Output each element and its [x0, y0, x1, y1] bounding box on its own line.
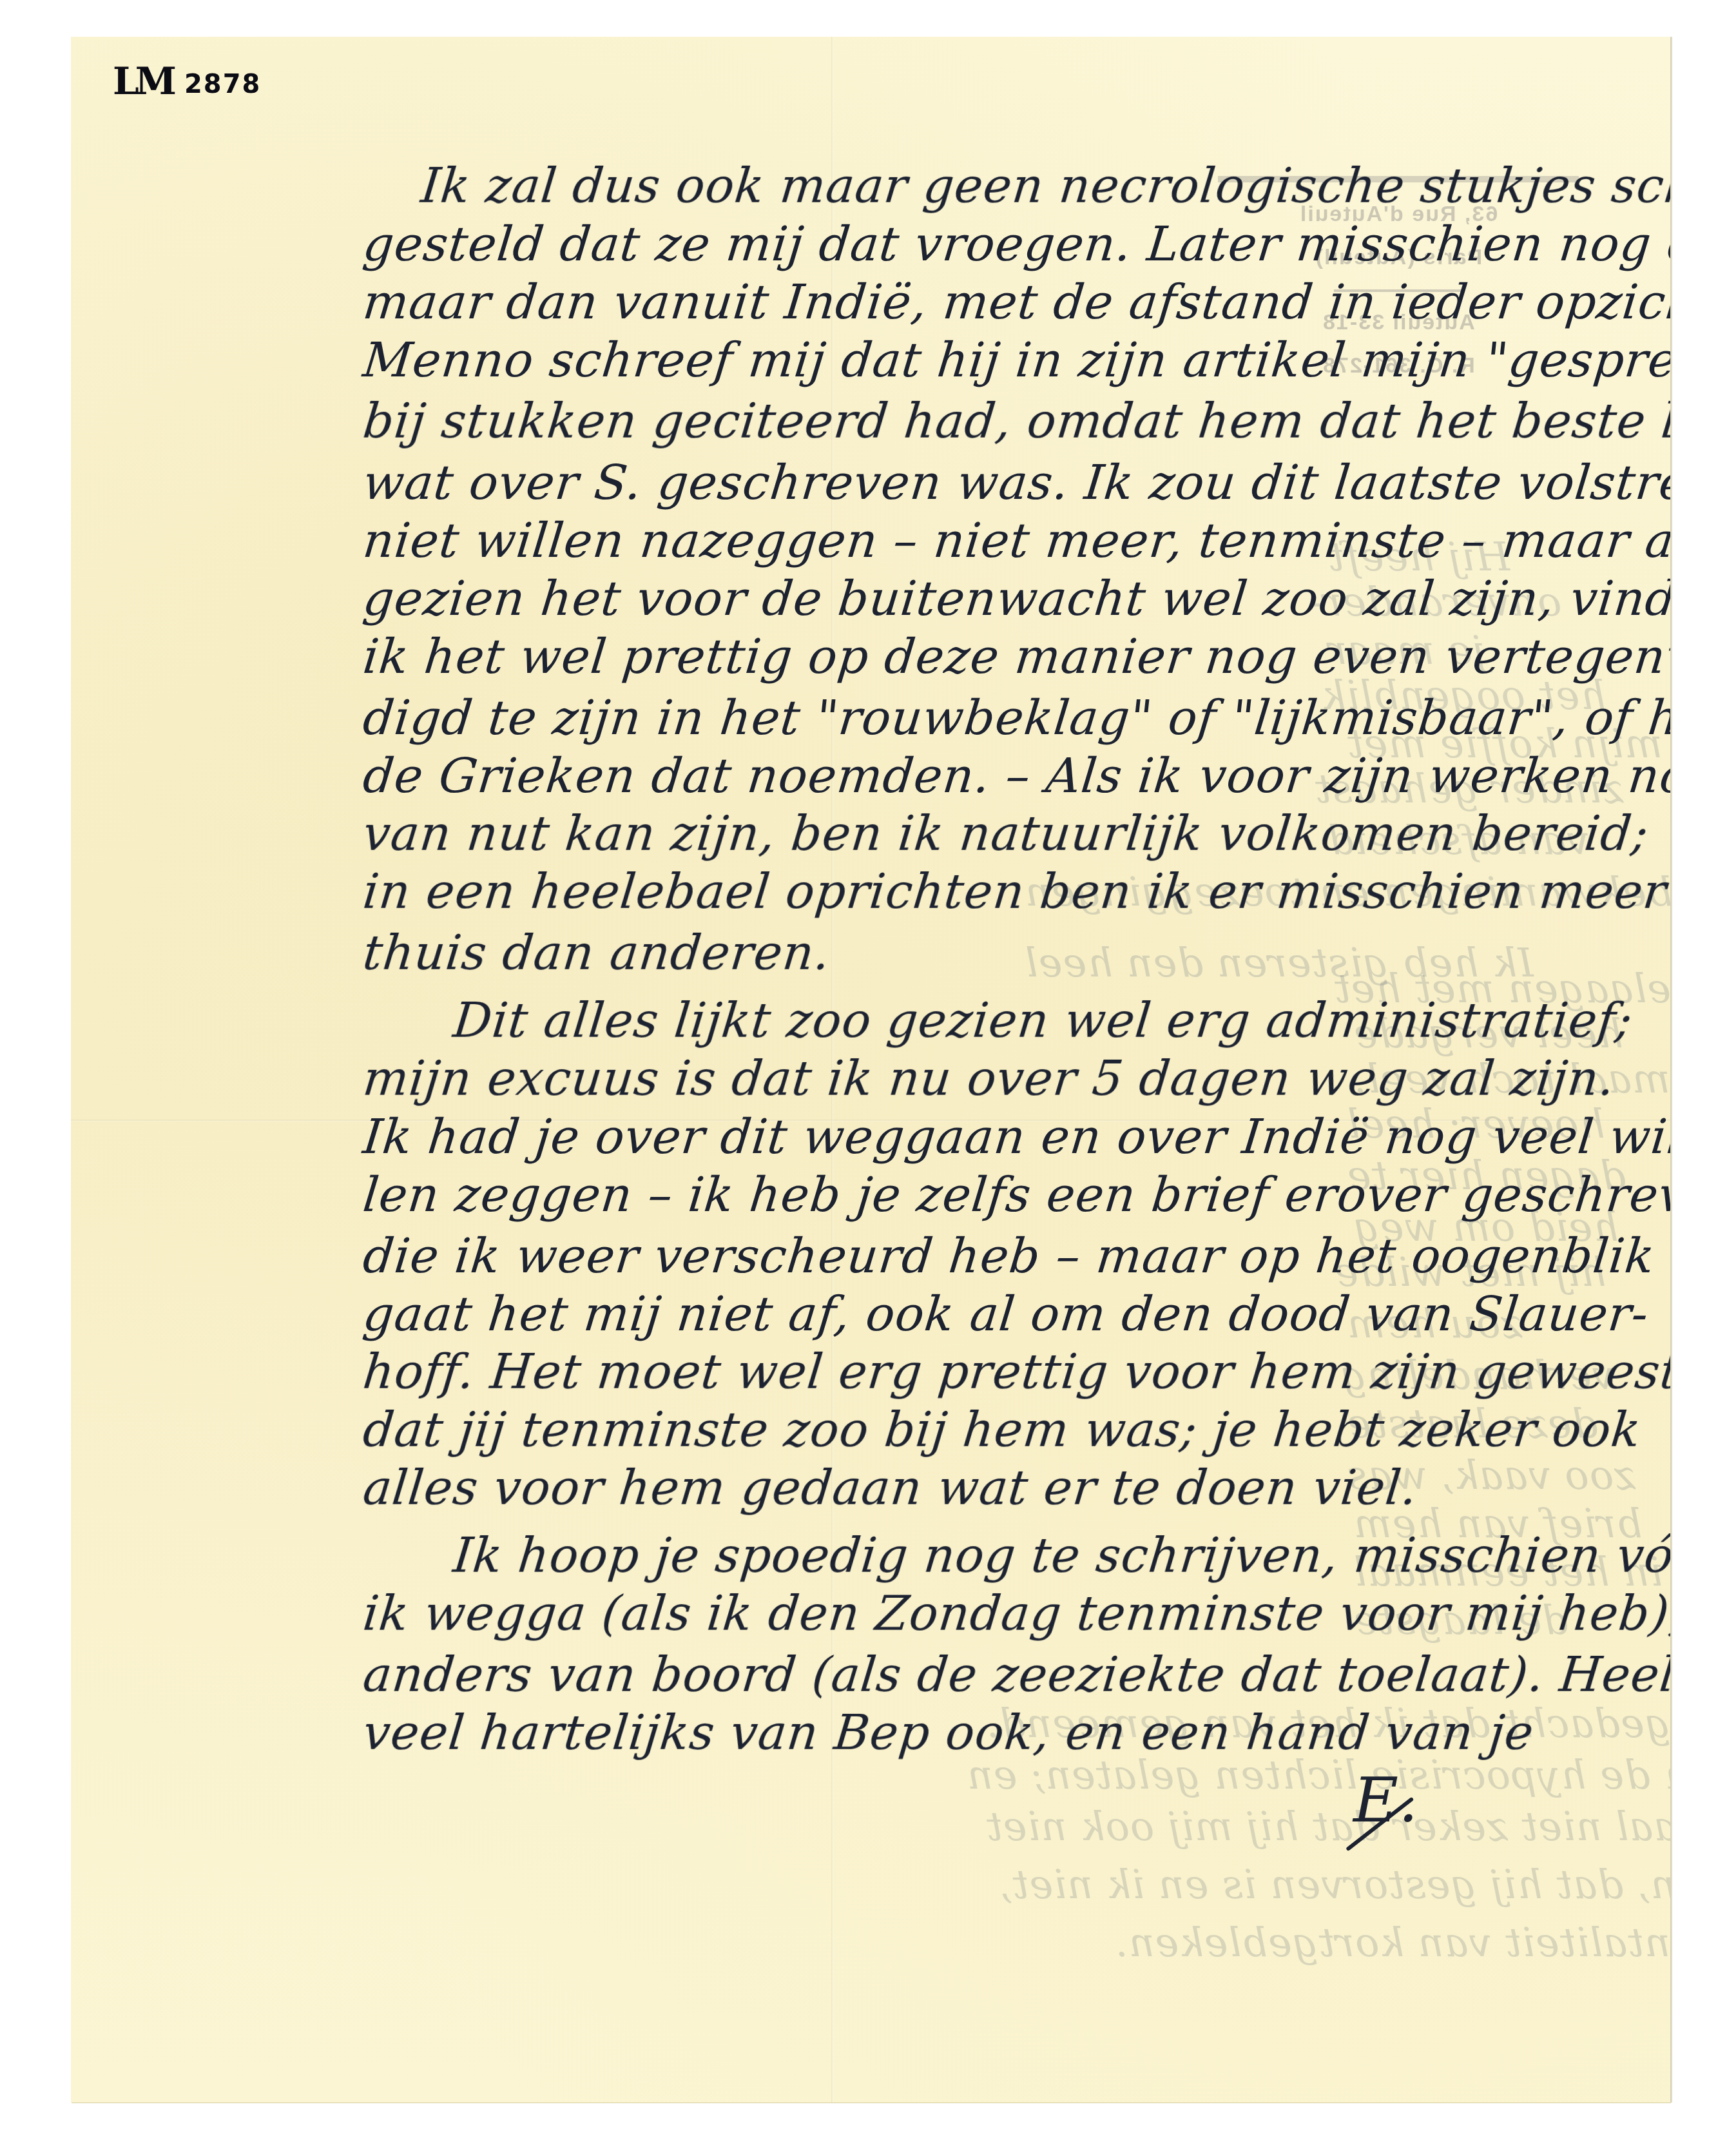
letter-line: niet willen nazeggen – niet meer, tenmin…: [361, 517, 1670, 565]
letter-line: dat jij tenminste zoo bij hem was; je he…: [361, 1406, 1643, 1454]
reverse-text-line: dan, ik ben heelemaal niet zeker dat hij…: [986, 1803, 1670, 1850]
letter-line: veel hartelijks van Bep ook, en een hand…: [361, 1709, 1536, 1757]
letter-line: Ik zal dus ook maar geen necrologische s…: [419, 162, 1670, 210]
letter-line: len zeggen – ik heb je zelfs een brief e…: [361, 1171, 1670, 1219]
letter-line: Dit alles lijkt zoo gezien wel erg admin…: [451, 997, 1635, 1045]
letter-line: de Grieken dat noemden. – Als ik voor zi…: [361, 752, 1670, 800]
letter-line: digd te zijn in het "rouwbeklag" of "lij…: [361, 694, 1670, 742]
letter-line: anders van boord (als de zeeziekte dat t…: [361, 1651, 1670, 1699]
letter-line: Menno schreef mij dat hij in zijn artike…: [361, 336, 1670, 384]
letter-line: wat over S. geschreven was. Ik zou dit l…: [361, 459, 1670, 507]
letter-line: bij stukken geciteerd had, omdat hem dat…: [361, 398, 1670, 445]
archive-number: 2878: [184, 72, 261, 100]
letter-line: Ik had je over dit weggaan en over Indië…: [361, 1113, 1670, 1161]
letter-line: die ik weer verscheurd heb – maar op het…: [361, 1232, 1657, 1280]
letter-line: van nut kan zijn, ben ik natuurlijk volk…: [361, 810, 1651, 858]
letter-line: gaat het mij niet af, ook al om den dood…: [361, 1290, 1651, 1338]
letter-line: Ik hoop je spoedig nog te schrijven, mis…: [451, 1532, 1670, 1580]
museum-logo-icon: LM: [113, 63, 173, 100]
reverse-text-line: gegeven zijn mentaliteit van kortgebleke…: [1115, 1919, 1670, 1966]
reverse-text-line: Ik heb gisteren den heel: [1025, 939, 1534, 986]
letter-line: ik het wel prettig op deze manier nog ev…: [361, 633, 1670, 681]
letter-line: gesteld dat ze mij dat vroegen. Later mi…: [361, 220, 1670, 268]
letter-line: alles voor hem gedaan wat er te doen vie…: [361, 1464, 1420, 1512]
letter-line: maar dan vanuit Indië, met de afstand in…: [361, 278, 1670, 326]
archive-stamp: LM 2878: [113, 63, 261, 100]
letter-line: gezien het voor de buitenwacht wel zoo z…: [361, 575, 1670, 623]
letter-line: ik wegga (als ik den Zondag tenminste vo…: [361, 1590, 1670, 1638]
letter-line: thuis dan anderen.: [361, 929, 833, 977]
letter-line: mijn excuus is dat ik nu over 5 dagen we…: [361, 1055, 1617, 1103]
letter-paper: 63, Rue d'Auteuil Paris (Auteuil) Auteui…: [71, 37, 1670, 2103]
letter-line: hoff. Het moet wel erg prettig voor hem …: [361, 1348, 1670, 1396]
letter-line: in een heelebael oprichten ben ik er mis…: [361, 868, 1670, 916]
reverse-text-line: verweten zou hebben, dat hij gestorven i…: [999, 1861, 1670, 1908]
